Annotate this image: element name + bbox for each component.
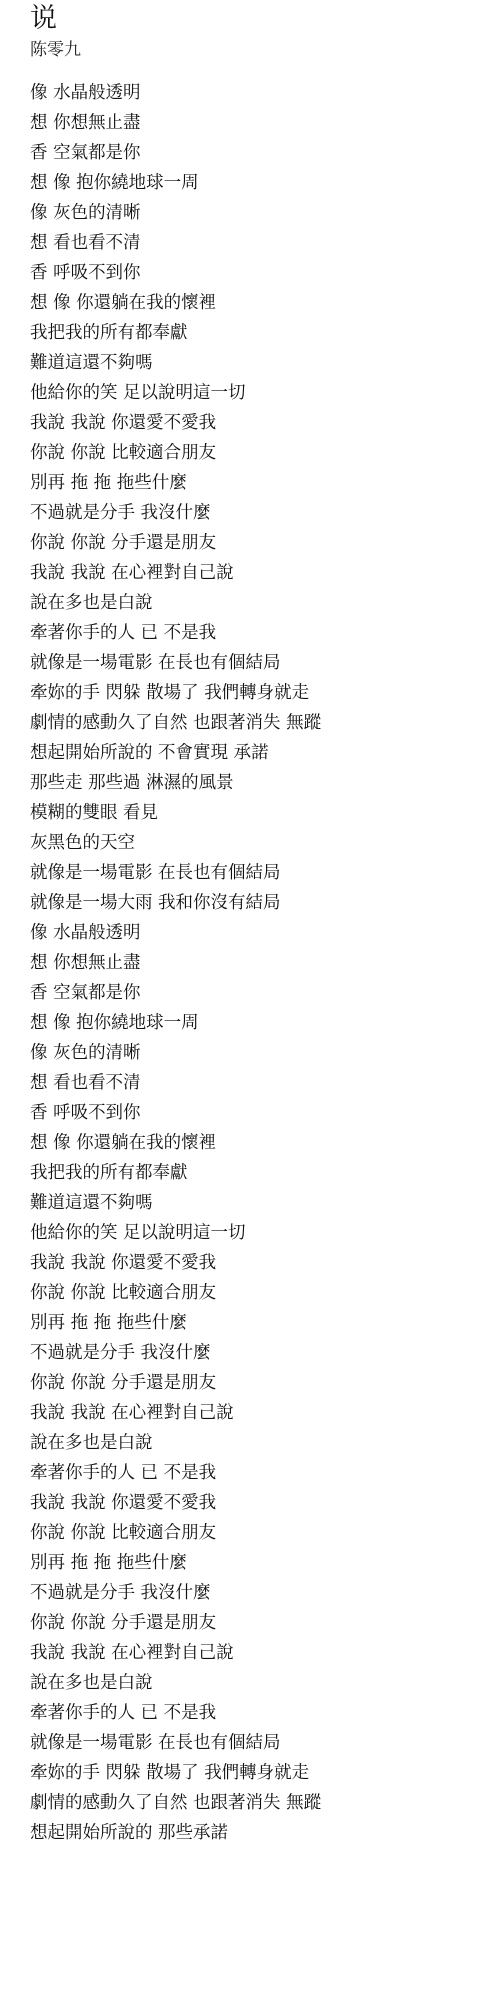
lyric-line: 香 空氣都是你: [30, 978, 500, 1008]
lyric-line: 想 像 抱你繞地球一周: [30, 168, 500, 198]
lyric-line: 我說 我說 你還愛不愛我: [30, 408, 500, 438]
lyric-line: 想 你想無止盡: [30, 948, 500, 978]
lyric-line: 我把我的所有都奉獻: [30, 1158, 500, 1188]
lyric-line: 你說 你說 分手還是朋友: [30, 528, 500, 558]
artist-name: 陈零九: [30, 38, 500, 62]
lyric-line: 灰黑色的天空: [30, 828, 500, 858]
lyric-line: 牽著你手的人 已 不是我: [30, 1458, 500, 1488]
lyric-line: 我把我的所有都奉獻: [30, 318, 500, 348]
lyric-line: 我說 我說 在心裡對自己說: [30, 1638, 500, 1668]
lyric-line: 我說 我說 你還愛不愛我: [30, 1248, 500, 1278]
lyric-line: 香 呼吸不到你: [30, 258, 500, 288]
lyric-line: 香 呼吸不到你: [30, 1098, 500, 1128]
lyric-line: 你說 你說 比較適合朋友: [30, 1278, 500, 1308]
lyric-line: 想起開始所說的 那些承諾: [30, 1818, 500, 1848]
lyric-line: 我說 我說 在心裡對自己說: [30, 1398, 500, 1428]
lyric-line: 像 水晶般透明: [30, 78, 500, 108]
lyrics-page: 说 陈零九 像 水晶般透明想 你想無止盡香 空氣都是你想 像 抱你繞地球一周像 …: [0, 2, 500, 1848]
lyric-line: 我說 我說 你還愛不愛我: [30, 1488, 500, 1518]
lyric-line: 說在多也是白說: [30, 1668, 500, 1698]
lyric-line: 你說 你說 比較適合朋友: [30, 1518, 500, 1548]
lyric-line: 你說 你說 分手還是朋友: [30, 1368, 500, 1398]
lyric-line: 模糊的雙眼 看見: [30, 798, 500, 828]
lyric-line: 想 像 抱你繞地球一周: [30, 1008, 500, 1038]
song-title: 说: [30, 2, 500, 36]
lyric-line: 難道這還不夠嗎: [30, 348, 500, 378]
lyric-line: 你說 你說 比較適合朋友: [30, 438, 500, 468]
lyric-line: 就像是一場電影 在長也有個結局: [30, 858, 500, 888]
lyrics-list: 像 水晶般透明想 你想無止盡香 空氣都是你想 像 抱你繞地球一周像 灰色的清晰想…: [30, 78, 500, 1848]
lyric-line: 他給你的笑 足以說明這一切: [30, 1218, 500, 1248]
lyric-line: 說在多也是白說: [30, 588, 500, 618]
lyric-line: 像 水晶般透明: [30, 918, 500, 948]
lyric-line: 牽妳的手 閃躲 散場了 我們轉身就走: [30, 678, 500, 708]
lyric-line: 想 像 你還躺在我的懷裡: [30, 1128, 500, 1158]
lyric-line: 想 你想無止盡: [30, 108, 500, 138]
lyric-line: 想 看也看不清: [30, 1068, 500, 1098]
lyric-line: 不過就是分手 我沒什麼: [30, 498, 500, 528]
lyric-line: 難道這還不夠嗎: [30, 1188, 500, 1218]
lyric-line: 劇情的感動久了自然 也跟著消失 無蹤: [30, 1788, 500, 1818]
lyric-line: 想 像 你還躺在我的懷裡: [30, 288, 500, 318]
lyric-line: 他給你的笑 足以說明這一切: [30, 378, 500, 408]
lyric-line: 你說 你說 分手還是朋友: [30, 1608, 500, 1638]
lyric-line: 劇情的感動久了自然 也跟著消失 無蹤: [30, 708, 500, 738]
lyric-line: 香 空氣都是你: [30, 138, 500, 168]
lyric-line: 牽著你手的人 已 不是我: [30, 1698, 500, 1728]
lyric-line: 說在多也是白說: [30, 1428, 500, 1458]
lyric-line: 牽著你手的人 已 不是我: [30, 618, 500, 648]
lyric-line: 那些走 那些過 淋濕的風景: [30, 768, 500, 798]
lyric-line: 像 灰色的清晰: [30, 1038, 500, 1068]
lyric-line: 別再 拖 拖 拖些什麼: [30, 1548, 500, 1578]
lyric-line: 我說 我說 在心裡對自己說: [30, 558, 500, 588]
lyric-line: 就像是一場大雨 我和你沒有結局: [30, 888, 500, 918]
lyric-line: 就像是一場電影 在長也有個結局: [30, 1728, 500, 1758]
lyric-line: 想起開始所說的 不會實現 承諾: [30, 738, 500, 768]
lyric-line: 別再 拖 拖 拖些什麼: [30, 1308, 500, 1338]
lyric-line: 牽妳的手 閃躲 散場了 我們轉身就走: [30, 1758, 500, 1788]
lyric-line: 不過就是分手 我沒什麼: [30, 1338, 500, 1368]
lyric-line: 就像是一場電影 在長也有個結局: [30, 648, 500, 678]
lyric-line: 像 灰色的清晰: [30, 198, 500, 228]
lyric-line: 想 看也看不清: [30, 228, 500, 258]
lyric-line: 別再 拖 拖 拖些什麼: [30, 468, 500, 498]
lyric-line: 不過就是分手 我沒什麼: [30, 1578, 500, 1608]
